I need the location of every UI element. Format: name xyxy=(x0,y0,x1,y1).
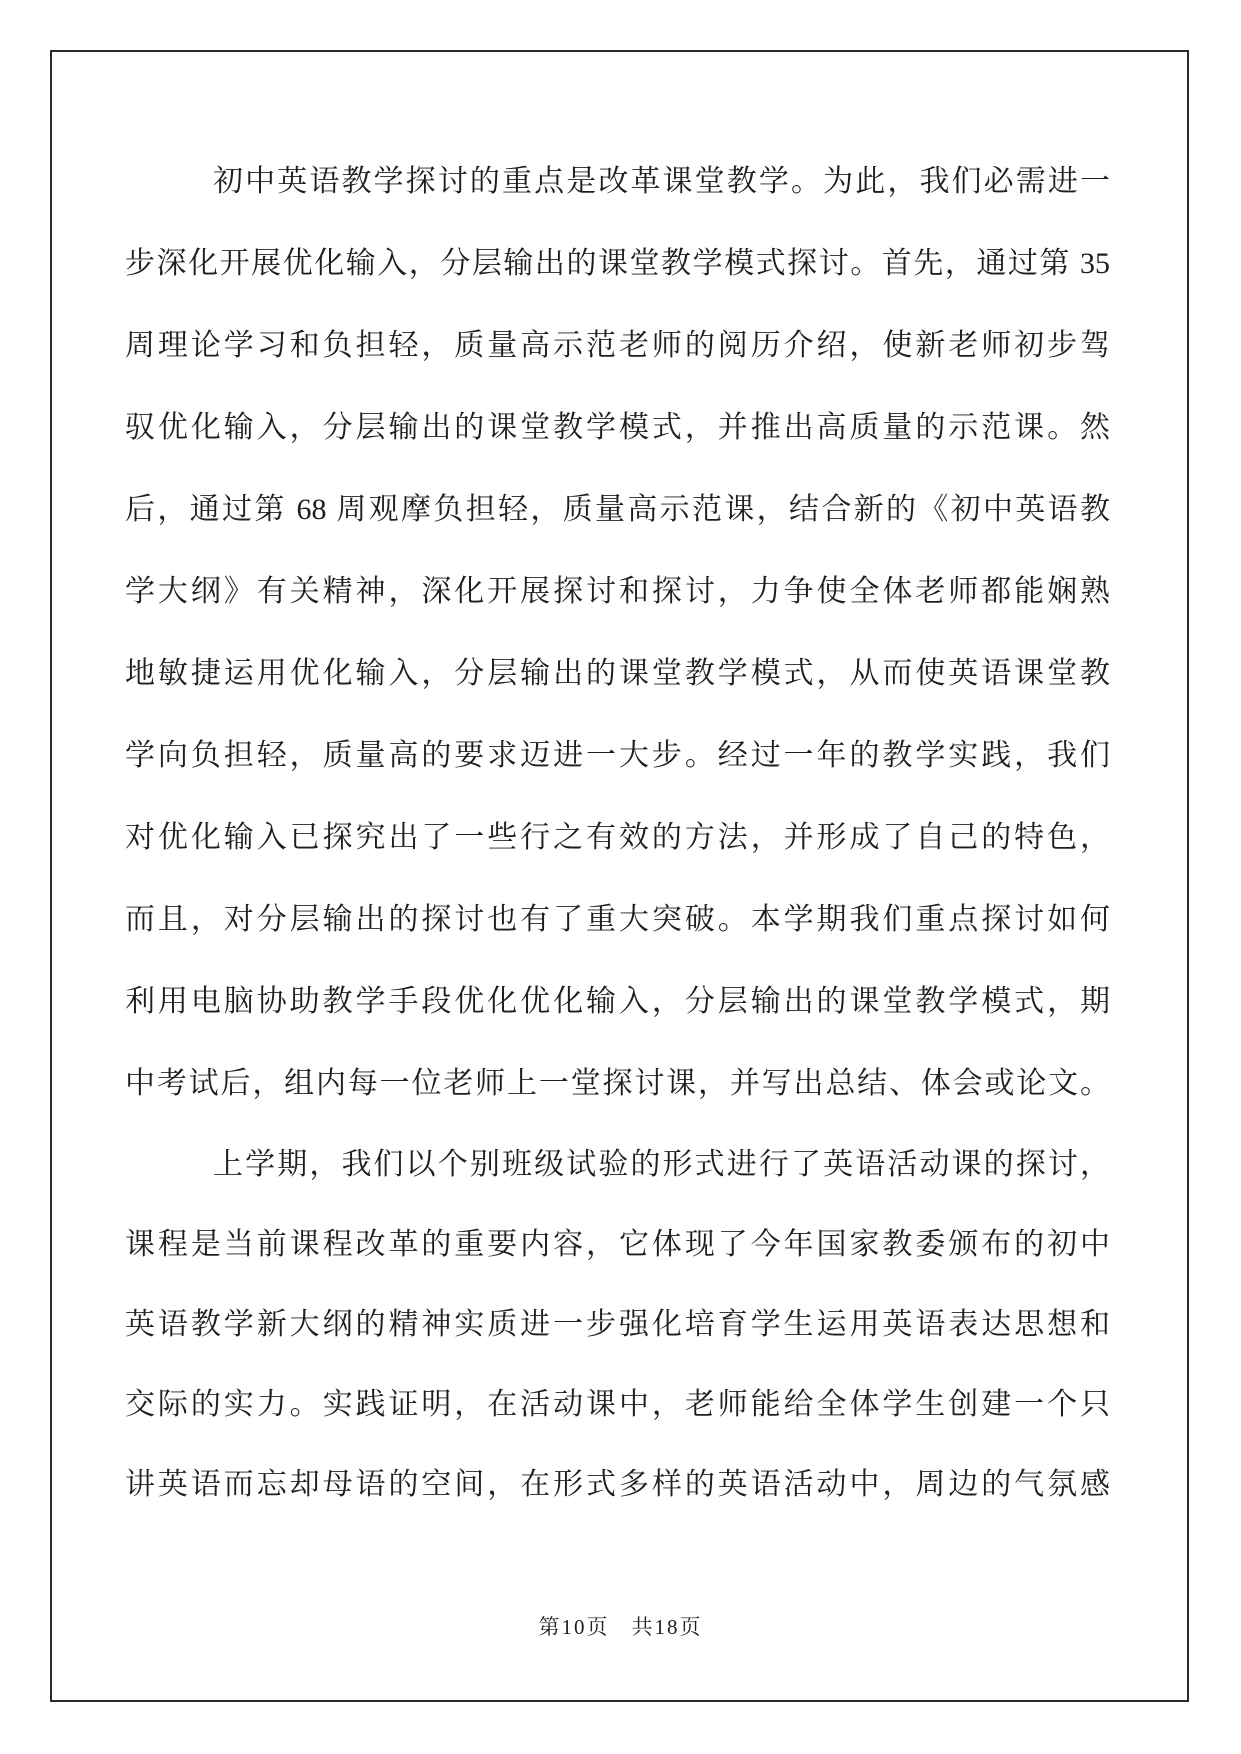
text-line: 上学期，我们以个别班级试验的形式进行了英语活动课的探讨， xyxy=(125,1125,1110,1205)
text-line: 而且，对分层输出的探讨也有了重大突破。本学期我们重点探讨如何 xyxy=(125,879,1110,961)
text-line: 周理论学习和负担轻，质量高示范老师的阅历介绍，使新老师初步驾 xyxy=(125,305,1110,387)
text-line: 学大纲》有关精神，深化开展探讨和探讨，力争使全体老师都能娴熟 xyxy=(125,551,1110,633)
paragraph-2: 上学期，我们以个别班级试验的形式进行了英语活动课的探讨，课程是当前课程改革的重要… xyxy=(125,1125,1110,1525)
page-number-current: 第10页 xyxy=(539,1615,610,1639)
text-line: 步深化开展优化输入，分层输出的课堂教学模式探讨。首先，通过第 35 xyxy=(125,223,1110,305)
text-line: 中考试后，组内每一位老师上一堂探讨课，并写出总结、体会或论文。 xyxy=(125,1043,1110,1125)
page-number-total: 共18页 xyxy=(632,1615,703,1639)
text-line: 利用电脑协助教学手段优化优化输入，分层输出的课堂教学模式，期 xyxy=(125,961,1110,1043)
text-line: 交际的实力。实践证明，在活动课中，老师能给全体学生创建一个只 xyxy=(125,1365,1110,1445)
page-footer: 第10页共18页 xyxy=(0,1604,1241,1650)
text-line: 英语教学新大纲的精神实质进一步强化培育学生运用英语表达思想和 xyxy=(125,1285,1110,1365)
paragraph-1: 初中英语教学探讨的重点是改革课堂教学。为此，我们必需进一步深化开展优化输入，分层… xyxy=(125,141,1110,1125)
text-line: 驭优化输入，分层输出的课堂教学模式，并推出高质量的示范课。然 xyxy=(125,387,1110,469)
text-line: 讲英语而忘却母语的空间，在形式多样的英语活动中，周边的气氛感 xyxy=(125,1445,1110,1525)
document-page: 初中英语教学探讨的重点是改革课堂教学。为此，我们必需进一步深化开展优化输入，分层… xyxy=(0,0,1241,1754)
text-line: 后，通过第 68 周观摩负担轻，质量高示范课，结合新的《初中英语教 xyxy=(125,469,1110,551)
text-line: 初中英语教学探讨的重点是改革课堂教学。为此，我们必需进一 xyxy=(125,141,1110,223)
text-line: 地敏捷运用优化输入，分层输出的课堂教学模式，从而使英语课堂教 xyxy=(125,633,1110,715)
text-line: 学向负担轻，质量高的要求迈进一大步。经过一年的教学实践，我们 xyxy=(125,715,1110,797)
text-line: 课程是当前课程改革的重要内容，它体现了今年国家教委颁布的初中 xyxy=(125,1205,1110,1285)
document-body: 初中英语教学探讨的重点是改革课堂教学。为此，我们必需进一步深化开展优化输入，分层… xyxy=(125,141,1110,1525)
text-line: 对优化输入已探究出了一些行之有效的方法，并形成了自己的特色， xyxy=(125,797,1110,879)
